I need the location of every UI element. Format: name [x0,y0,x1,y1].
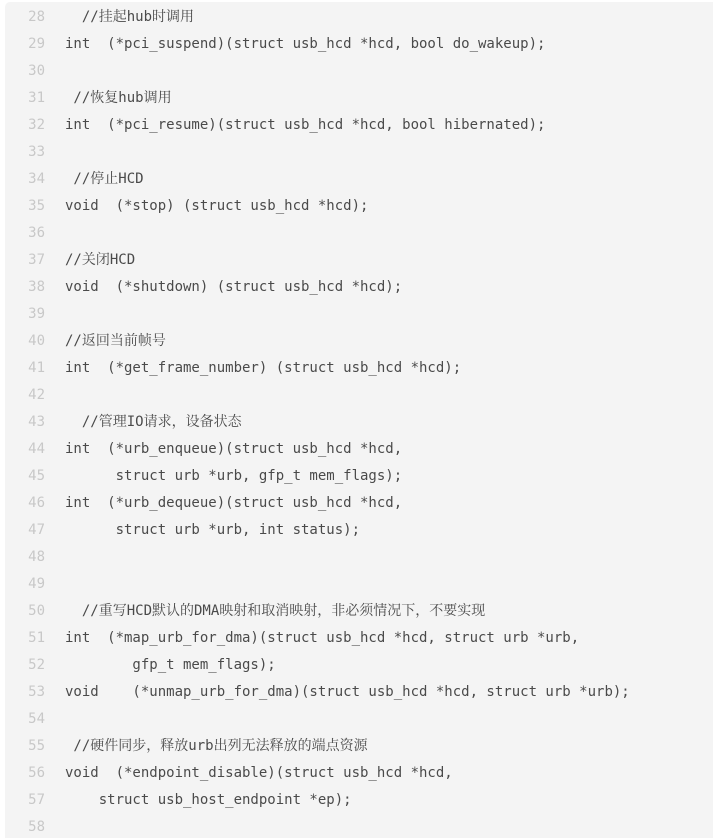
line-number: 50 [5,598,45,625]
code-line: 52 gfp_t mem_flags); [5,652,713,679]
line-number: 32 [5,112,45,139]
line-number: 28 [5,4,45,31]
line-number: 45 [5,463,45,490]
line-number: 56 [5,760,45,787]
line-number: 51 [5,625,45,652]
code-line: 42 [5,382,713,409]
code-text: //关闭HCD [45,247,135,274]
code-text: int (*pci_resume)(struct usb_hcd *hcd, b… [45,112,545,139]
line-number: 57 [5,787,45,814]
code-text: //返回当前帧号 [45,328,166,355]
code-line: 57 struct usb_host_endpoint *ep); [5,787,713,814]
code-text: int (*pci_suspend)(struct usb_hcd *hcd, … [45,31,545,58]
code-text: int (*get_frame_number) (struct usb_hcd … [45,355,461,382]
line-number: 38 [5,274,45,301]
code-line: 35void (*stop) (struct usb_hcd *hcd); [5,193,713,220]
line-number: 34 [5,166,45,193]
code-text: struct urb *urb, int status); [45,517,360,544]
code-line: 56void (*endpoint_disable)(struct usb_hc… [5,760,713,787]
code-text: //停止HCD [45,166,144,193]
code-line: 46int (*urb_dequeue)(struct usb_hcd *hcd… [5,490,713,517]
code-text: //重写HCD默认的DMA映射和取消映射，非必须情况下，不要实现 [45,598,485,625]
line-number: 41 [5,355,45,382]
line-number: 54 [5,706,45,733]
line-number: 48 [5,544,45,571]
code-line: 55 //硬件同步，释放urb出列无法释放的端点资源 [5,733,713,760]
code-line: 41int (*get_frame_number) (struct usb_hc… [5,355,713,382]
line-number: 49 [5,571,45,598]
code-line: 48 [5,544,713,571]
code-text: int (*map_urb_for_dma)(struct usb_hcd *h… [45,625,579,652]
code-line: 43 //管理IO请求，设备状态 [5,409,713,436]
code-text: int (*urb_enqueue)(struct usb_hcd *hcd, [45,436,402,463]
code-text: //恢复hub调用 [45,85,172,112]
code-line: 47 struct urb *urb, int status); [5,517,713,544]
code-line: 49 [5,571,713,598]
code-line: 28 //挂起hub时调用 [5,4,713,31]
code-line: 36 [5,220,713,247]
code-text: struct usb_host_endpoint *ep); [45,787,352,814]
code-text: //硬件同步，释放urb出列无法释放的端点资源 [45,733,368,760]
code-text: void (*stop) (struct usb_hcd *hcd); [45,193,368,220]
code-line: 45 struct urb *urb, gfp_t mem_flags); [5,463,713,490]
line-number: 30 [5,58,45,85]
code-line: 44int (*urb_enqueue)(struct usb_hcd *hcd… [5,436,713,463]
code-line: 54 [5,706,713,733]
line-number: 37 [5,247,45,274]
line-number: 33 [5,139,45,166]
line-number: 44 [5,436,45,463]
code-block[interactable]: 28 //挂起hub时调用29int (*pci_suspend)(struct… [5,2,713,838]
code-text: void (*unmap_urb_for_dma)(struct usb_hcd… [45,679,630,706]
code-line: 37//关闭HCD [5,247,713,274]
code-line: 32int (*pci_resume)(struct usb_hcd *hcd,… [5,112,713,139]
code-line: 33 [5,139,713,166]
code-text: void (*shutdown) (struct usb_hcd *hcd); [45,274,402,301]
code-line: 34 //停止HCD [5,166,713,193]
line-number: 42 [5,382,45,409]
line-number: 55 [5,733,45,760]
code-line: 31 //恢复hub调用 [5,85,713,112]
code-line: 40//返回当前帧号 [5,328,713,355]
line-number: 43 [5,409,45,436]
line-number: 35 [5,193,45,220]
code-line: 53void (*unmap_urb_for_dma)(struct usb_h… [5,679,713,706]
line-number: 58 [5,814,45,838]
code-line: 29int (*pci_suspend)(struct usb_hcd *hcd… [5,31,713,58]
code-line: 38void (*shutdown) (struct usb_hcd *hcd)… [5,274,713,301]
line-number: 29 [5,31,45,58]
line-number: 52 [5,652,45,679]
code-line: 58 [5,814,713,838]
code-line: 50 //重写HCD默认的DMA映射和取消映射，非必须情况下，不要实现 [5,598,713,625]
line-number: 36 [5,220,45,247]
line-number: 47 [5,517,45,544]
code-line: 51int (*map_urb_for_dma)(struct usb_hcd … [5,625,713,652]
code-text: //管理IO请求，设备状态 [45,409,242,436]
line-number: 40 [5,328,45,355]
code-text: struct urb *urb, gfp_t mem_flags); [45,463,402,490]
line-number: 31 [5,85,45,112]
line-number: 39 [5,301,45,328]
code-lines: 28 //挂起hub时调用29int (*pci_suspend)(struct… [5,4,713,838]
line-number: 53 [5,679,45,706]
code-line: 30 [5,58,713,85]
code-text: void (*endpoint_disable)(struct usb_hcd … [45,760,453,787]
line-number: 46 [5,490,45,517]
code-line: 39 [5,301,713,328]
code-text: gfp_t mem_flags); [45,652,276,679]
code-text: int (*urb_dequeue)(struct usb_hcd *hcd, [45,490,402,517]
code-text: //挂起hub时调用 [45,4,194,31]
